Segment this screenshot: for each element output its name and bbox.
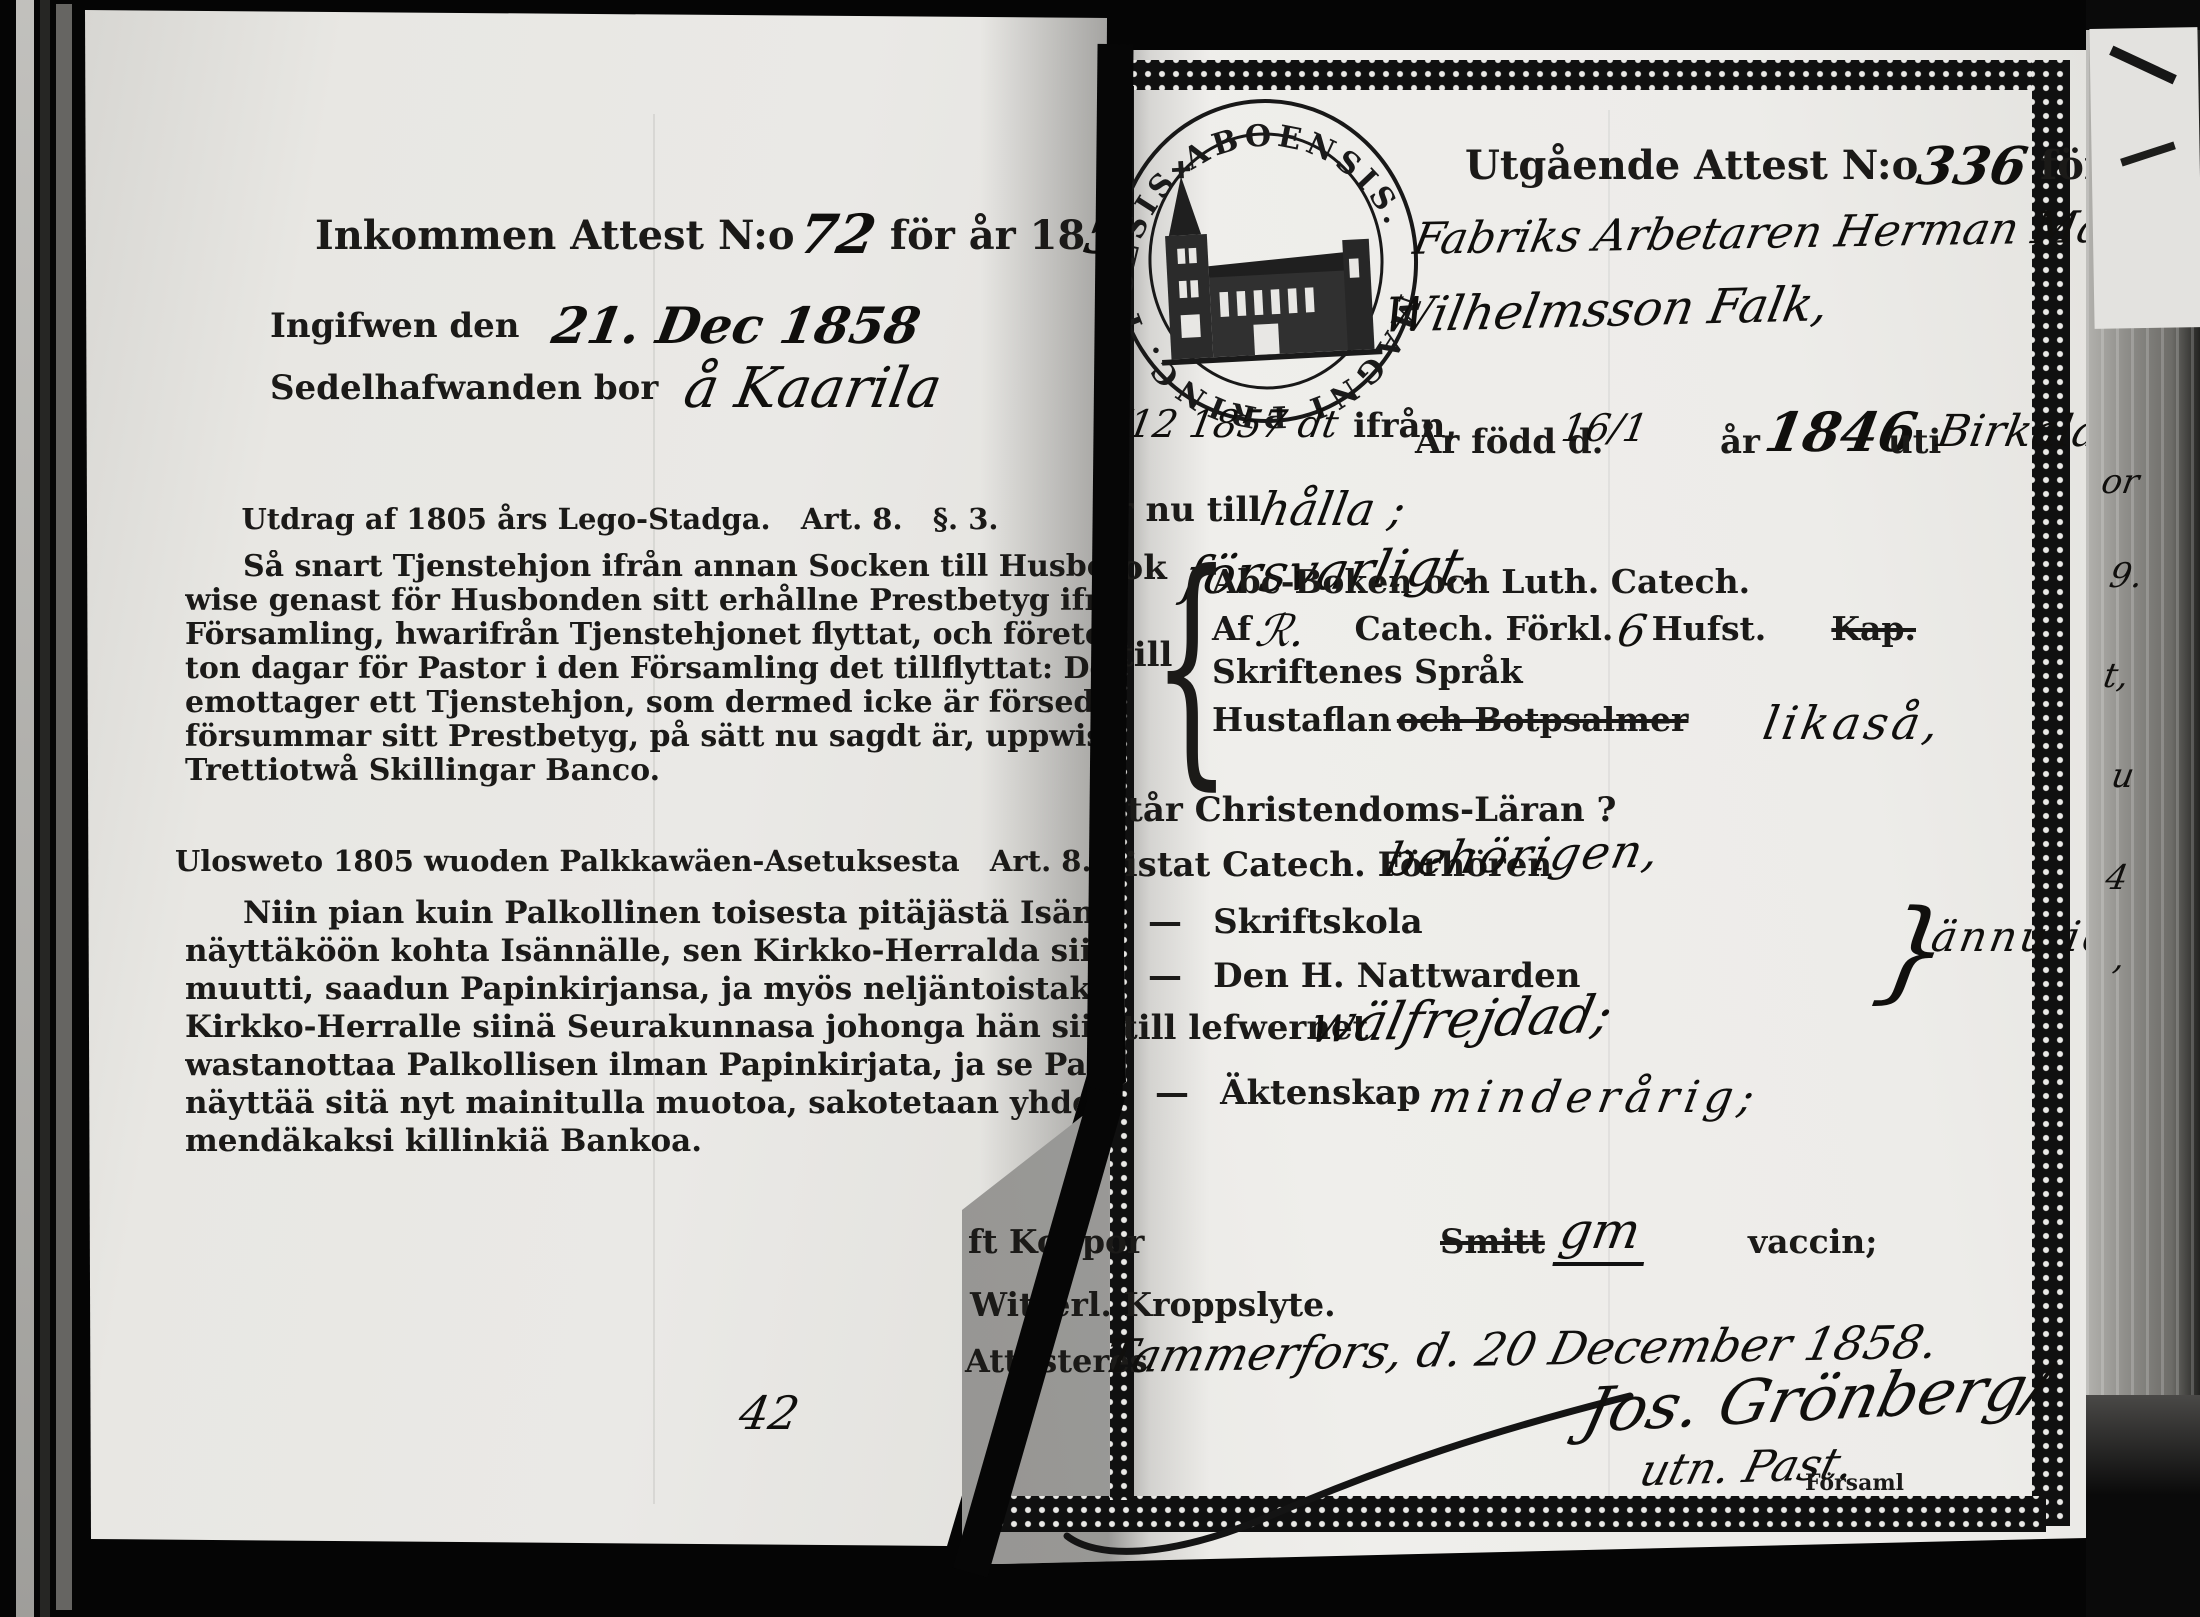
paragraph-line: emottager ett Tjenstehjon, som dermed ic… <box>185 686 1101 720</box>
paragraph-line: Kirkko-Herralle siinä Seurakunnasa johon… <box>185 1008 1101 1046</box>
marriage-row: — Äktenskap minderårig; <box>1155 1072 1759 1123</box>
stays-value: hålla ; <box>1256 482 1410 536</box>
ornamental-border-top <box>1120 60 2050 90</box>
residence-value: å Kaarila <box>680 356 947 421</box>
person-name-line1: Fabriks Arbetaren Herman Maurits <box>1409 202 2096 265</box>
right-edge-paper-corner <box>2089 27 2200 329</box>
paragraph-line: Niin pian kuin Palkollinen toisesta pitä… <box>185 894 1101 932</box>
catechism-item-2: Af ℛ. Catech. Förkl. 6 Hufst. Kap. <box>1212 606 1916 657</box>
received-label: Ingifwen den <box>270 306 520 346</box>
paragraph-line: Trettiotwå Skillingar Banco. <box>185 754 1101 788</box>
page-edge-sliver <box>56 4 72 1610</box>
confirmation-dash: — <box>1148 902 1182 942</box>
marriage-value: minderårig; <box>1425 1072 1764 1123</box>
residence-line: Sedelhafwanden bor å Kaarila <box>270 356 941 421</box>
page-edge-sliver <box>16 0 34 1617</box>
paragraph-line: ton dagar för Pastor i den Församling de… <box>185 652 1101 686</box>
right-edge-bottom-shadow <box>2086 1395 2200 1617</box>
swedish-paragraph: Så snart Tjenstehjon ifrån annan Socken … <box>185 550 1101 788</box>
item4-hw: likaså, <box>1759 696 1947 750</box>
book-scan: Inkommen Attest N:o 72 för år 1858 Ingif… <box>0 0 2200 1617</box>
residence-label: Sedelhafwanden bor <box>270 368 658 408</box>
item2-pre: Af <box>1212 609 1251 648</box>
page-number: 42 <box>735 1386 803 1440</box>
marriage-label: Äktenskap <box>1220 1073 1421 1113</box>
catechism-item-4: Hustaflan och Botpsalmer likaså, <box>1212 696 1942 750</box>
communion-dash: — <box>1148 956 1182 996</box>
born-day: 16/1 <box>1558 406 1651 450</box>
ornamental-border-right <box>2032 60 2070 1526</box>
paragraph-line: wastanottaa Palkollisen ilman Papinkirja… <box>185 1046 1101 1084</box>
page-edge-sliver <box>40 0 50 1617</box>
paragraph-line: wise genast för Husbonden sitt erhållne … <box>185 584 1101 618</box>
paragraph-line: Församling, hwarifrån Tjenstehjonet flyt… <box>185 618 1101 652</box>
catechism-item-3: Skriftenes Språk <box>1212 652 1523 691</box>
left-title-year-label: för år 18 <box>890 212 1085 259</box>
received-line: Ingifwen den 21. Dec 1858 <box>270 296 919 355</box>
person-name-line2: Wilhelmsson Falk, <box>1379 276 1834 344</box>
received-value: 21. Dec 1858 <box>547 296 924 355</box>
paragraph-line: Så snart Tjenstehjon ifrån annan Socken … <box>185 550 1101 584</box>
right-header-label: Utgående Attest N:o <box>1465 142 1918 189</box>
left-attest-number: 72 <box>794 202 880 266</box>
paragraph-line: näyttäköön kohta Isännälle, sen Kirkko-H… <box>185 932 1101 970</box>
attended-value: behörigen, <box>1381 823 1666 886</box>
catechism-item-1: Abc-Boken och Luth. Catech. <box>1212 562 1750 601</box>
left-title: Inkommen Attest N:o 72 för år 1858 <box>315 202 1115 266</box>
conduct-value: wälfrejdad; <box>1304 985 1618 1055</box>
item2-hw-count: 6 <box>1614 606 1651 657</box>
paragraph-line: mendäkaksi killinkiä Bankoa. <box>185 1122 1101 1160</box>
item2-mid: Catech. Förkl. <box>1355 609 1614 648</box>
confirmation-label: Skriftskola <box>1213 902 1423 942</box>
marriage-dash: — <box>1155 1073 1189 1113</box>
finnish-heading: Ulosweto 1805 wuoden Palkkawäen-Asetukse… <box>175 844 1055 878</box>
confirmation-row: — Skriftskola <box>1148 902 1423 942</box>
understands-label: står Christendoms-Läran ? <box>1108 790 1616 830</box>
item2-post: Hufst. <box>1652 609 1767 648</box>
item4-struck: och Botpsalmer <box>1397 700 1689 739</box>
smallpox-vaccin-label: vaccin; <box>1748 1222 1877 1261</box>
smallpox-value: gm <box>1552 1202 1655 1266</box>
signature-flourish <box>1055 1368 1645 1563</box>
right-attest-number: 336 <box>1913 136 2032 197</box>
item2-hw-mark: ℛ. <box>1252 606 1310 657</box>
item2-struck: Kap. <box>1831 609 1916 648</box>
left-title-label: Inkommen Attest N:o <box>315 212 795 259</box>
paragraph-line: muutti, saadun Papinkirjansa, ja myös ne… <box>185 970 1101 1008</box>
signature-parish-label: Församl <box>1805 1470 1904 1496</box>
diocese-seal: CESIS ABOENSIS. MAGNI PRINC. F <box>1096 84 1435 438</box>
swedish-heading: Utdrag af 1805 års Lego-Stadga. Art. 8. … <box>185 502 1055 536</box>
paragraph-line: näyttää sitä nyt mainitulla muotoa, sako… <box>185 1084 1101 1122</box>
finnish-paragraph: Niin pian kuin Palkollinen toisesta pitä… <box>185 894 1101 1160</box>
paragraph-line: försummar sitt Prestbetyg, på sätt nu sa… <box>185 720 1101 754</box>
item4-pre: Hustaflan <box>1212 700 1392 739</box>
smallpox-struck: Smitt <box>1440 1222 1545 1262</box>
right-edge-top-black <box>2086 0 2200 30</box>
edge-writing-fragment: or <box>2098 462 2142 502</box>
born-year-label: år <box>1720 422 1760 462</box>
